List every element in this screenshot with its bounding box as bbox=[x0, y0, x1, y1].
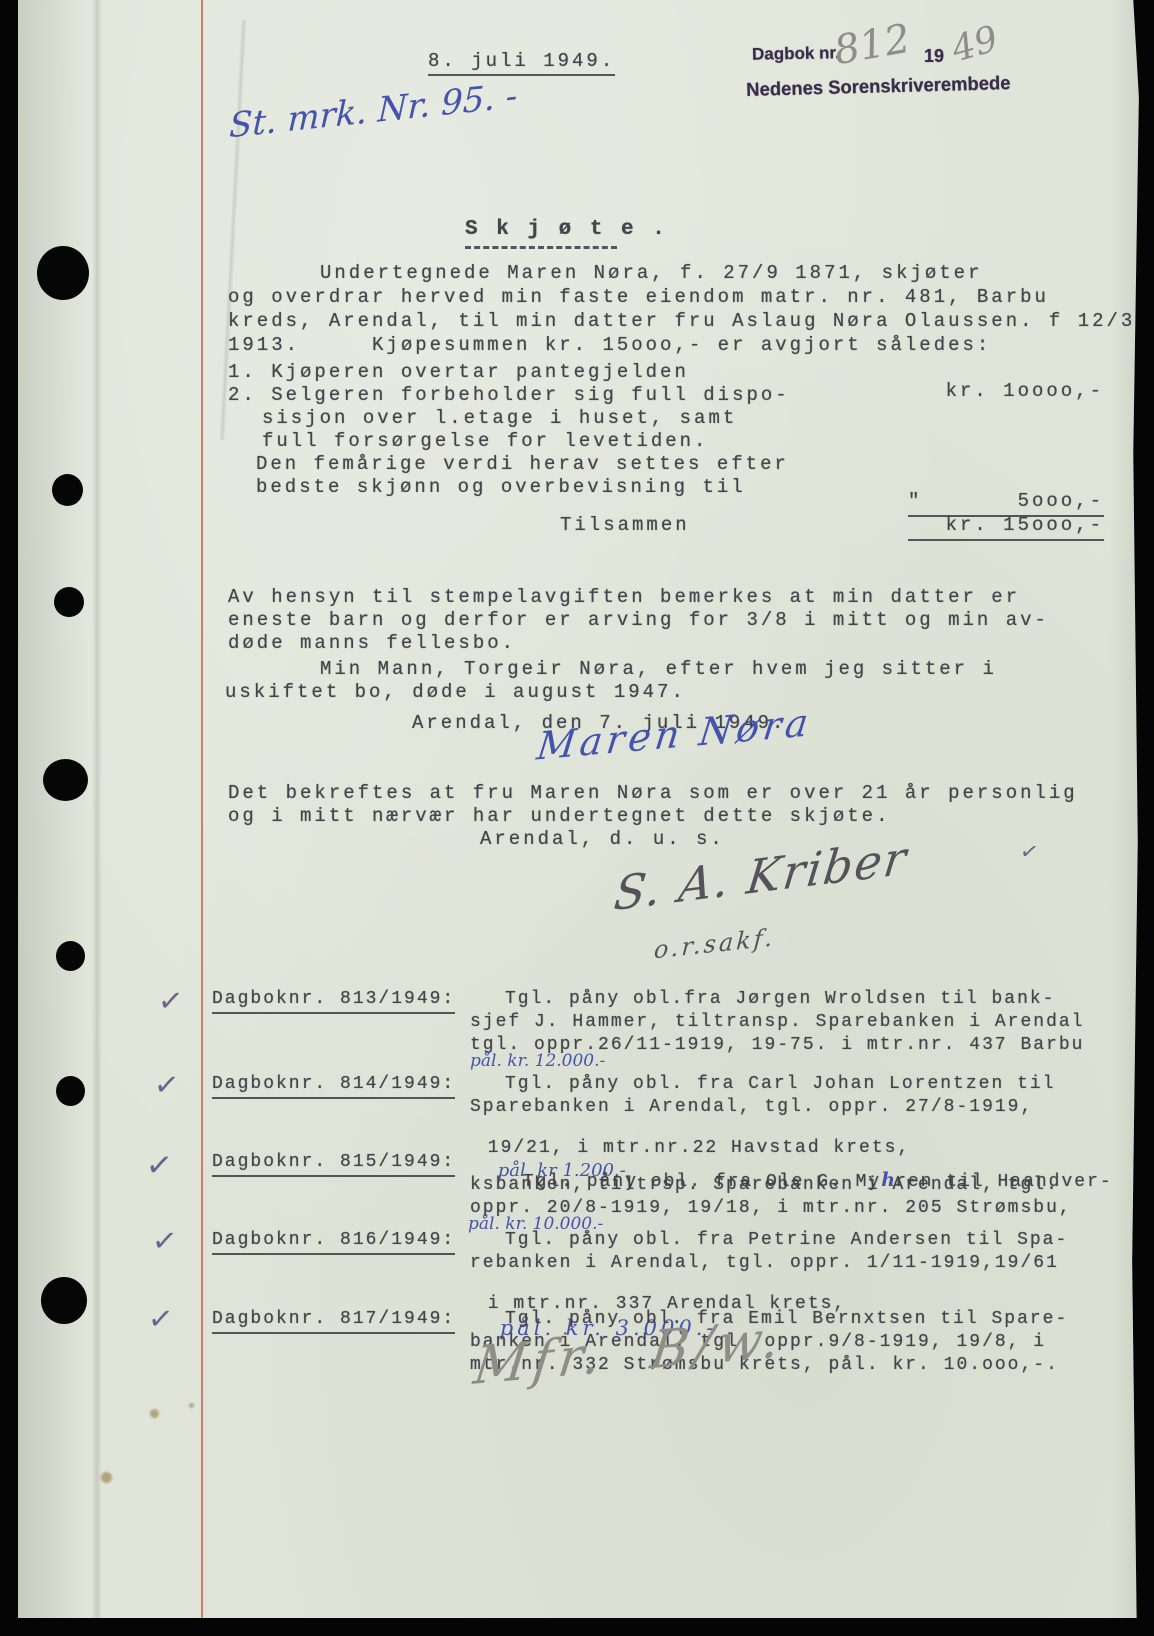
entry-813-line: Tgl. påny obl.fra Jørgen Wroldsen til ba… bbox=[505, 988, 1055, 1011]
entry-815-line: ksbanken, tiltrsp. Sparebanken i Arendal… bbox=[470, 1174, 1059, 1197]
deed-para2-line: uskiftet bo, døde i august 1947. bbox=[225, 681, 686, 704]
entry-label-816: Dagboknr. 816/1949: bbox=[212, 1229, 455, 1255]
checkmark-icon: ✓ bbox=[146, 1301, 175, 1338]
punch-hole bbox=[37, 246, 89, 300]
punch-hole bbox=[56, 1076, 85, 1106]
entry-816-line: Tgl. påny obl. fra Petrine Andersen til … bbox=[505, 1229, 1068, 1252]
total-label: Tilsammen bbox=[560, 514, 690, 537]
title-underline bbox=[465, 232, 617, 249]
entry-813-annotation: pål. kr. 12.000.- bbox=[470, 1051, 605, 1071]
checkmark-icon: ✓ bbox=[156, 983, 185, 1020]
deed-line: 2. Selgeren forbeholder sig full dispo- bbox=[228, 384, 790, 407]
margin-rule-line bbox=[201, 0, 203, 1618]
punch-hole bbox=[41, 1277, 87, 1324]
amount-mortgage: kr. 1oooo,- bbox=[908, 380, 1104, 403]
punch-hole bbox=[43, 759, 88, 801]
entry-label-813: Dagboknr. 813/1949: bbox=[212, 988, 455, 1014]
foxing-spot bbox=[150, 1409, 159, 1418]
amount-row-value: " 5ooo,- bbox=[908, 490, 1104, 517]
dagbok-stamp-label: Dagbok nr. bbox=[752, 43, 840, 65]
date-line: 8. juli 1949. bbox=[428, 50, 615, 76]
punch-hole bbox=[52, 474, 83, 506]
deed-line: 1913. Kjøpesummen kr. 15ooo,- er avgjort… bbox=[228, 334, 991, 357]
ditto-mark: " bbox=[908, 490, 922, 513]
deed-line: sisjon over l.etage i huset, samt bbox=[262, 407, 737, 430]
deed-line: kreds, Arendal, til min datter fru Aslau… bbox=[228, 310, 1135, 333]
foxing-spot bbox=[189, 1403, 194, 1408]
entry-814-line: Sparebanken i Arendal, tgl. oppr. 27/8-1… bbox=[470, 1096, 1033, 1119]
deed-para2-line: døde manns fellesbo. bbox=[228, 632, 516, 655]
deed-line: bedste skjønn og overbevisning til bbox=[256, 476, 746, 499]
attestation-line: Arendal, d. u. s. bbox=[480, 828, 725, 851]
entry-label-814: Dagboknr. 814/1949: bbox=[212, 1073, 455, 1099]
deed-line: Undertegnede Maren Nøra, f. 27/9 1871, s… bbox=[320, 262, 983, 285]
checkmark-icon: ✓ bbox=[152, 1067, 181, 1104]
deed-line: og overdrar herved min faste eiendom mat… bbox=[228, 286, 1049, 309]
paper-crease bbox=[92, 0, 102, 1618]
deed-para2-line: eneste barn og derfor er arving for 3/8 … bbox=[228, 609, 1049, 632]
deed-para2-line: Av hensyn til stempelavgiften bemerkes a… bbox=[228, 586, 1020, 609]
amount-retained-value: 5ooo,- bbox=[1018, 490, 1104, 513]
punch-hole bbox=[56, 941, 85, 971]
entry-label-815: Dagboknr. 815/1949: bbox=[212, 1151, 455, 1177]
entry-814-line: Tgl. påny obl. fra Carl Johan Lorentzen … bbox=[505, 1073, 1055, 1096]
entry-813-line: sjef J. Hammer, tiltransp. Sparebanken i… bbox=[470, 1011, 1084, 1034]
punch-hole bbox=[54, 587, 84, 617]
entry-label-817: Dagboknr. 817/1949: bbox=[212, 1308, 455, 1334]
deed-para2-line: Min Mann, Torgeir Nøra, efter hvem jeg s… bbox=[320, 658, 997, 681]
deed-line: full forsørgelse for levetiden. bbox=[262, 430, 708, 453]
scanned-document-page: 8. juli 1949. Dagbok nr. 812 19 49 Neden… bbox=[0, 0, 1154, 1636]
entry-816-line: rebanken i Arendal, tgl. oppr. 1/11-1919… bbox=[470, 1252, 1059, 1275]
attestation-line: og i mitt nærvær har undertegnet dette s… bbox=[228, 805, 891, 828]
attestation-line: Det bekreftes at fru Maren Nøra som er o… bbox=[228, 782, 1078, 805]
foxing-spot bbox=[101, 1472, 112, 1483]
checkmark-icon: ✓ bbox=[150, 1223, 179, 1260]
checkmark-icon: ✓ bbox=[144, 1145, 175, 1186]
deed-line: Den femårige verdi herav settes efter bbox=[256, 453, 789, 476]
dagbok-stamp-year-prefix: 19 bbox=[924, 46, 944, 67]
deed-line: 1. Kjøperen overtar pantegjelden bbox=[228, 361, 689, 384]
total-amount: kr. 15ooo,- bbox=[908, 514, 1104, 541]
